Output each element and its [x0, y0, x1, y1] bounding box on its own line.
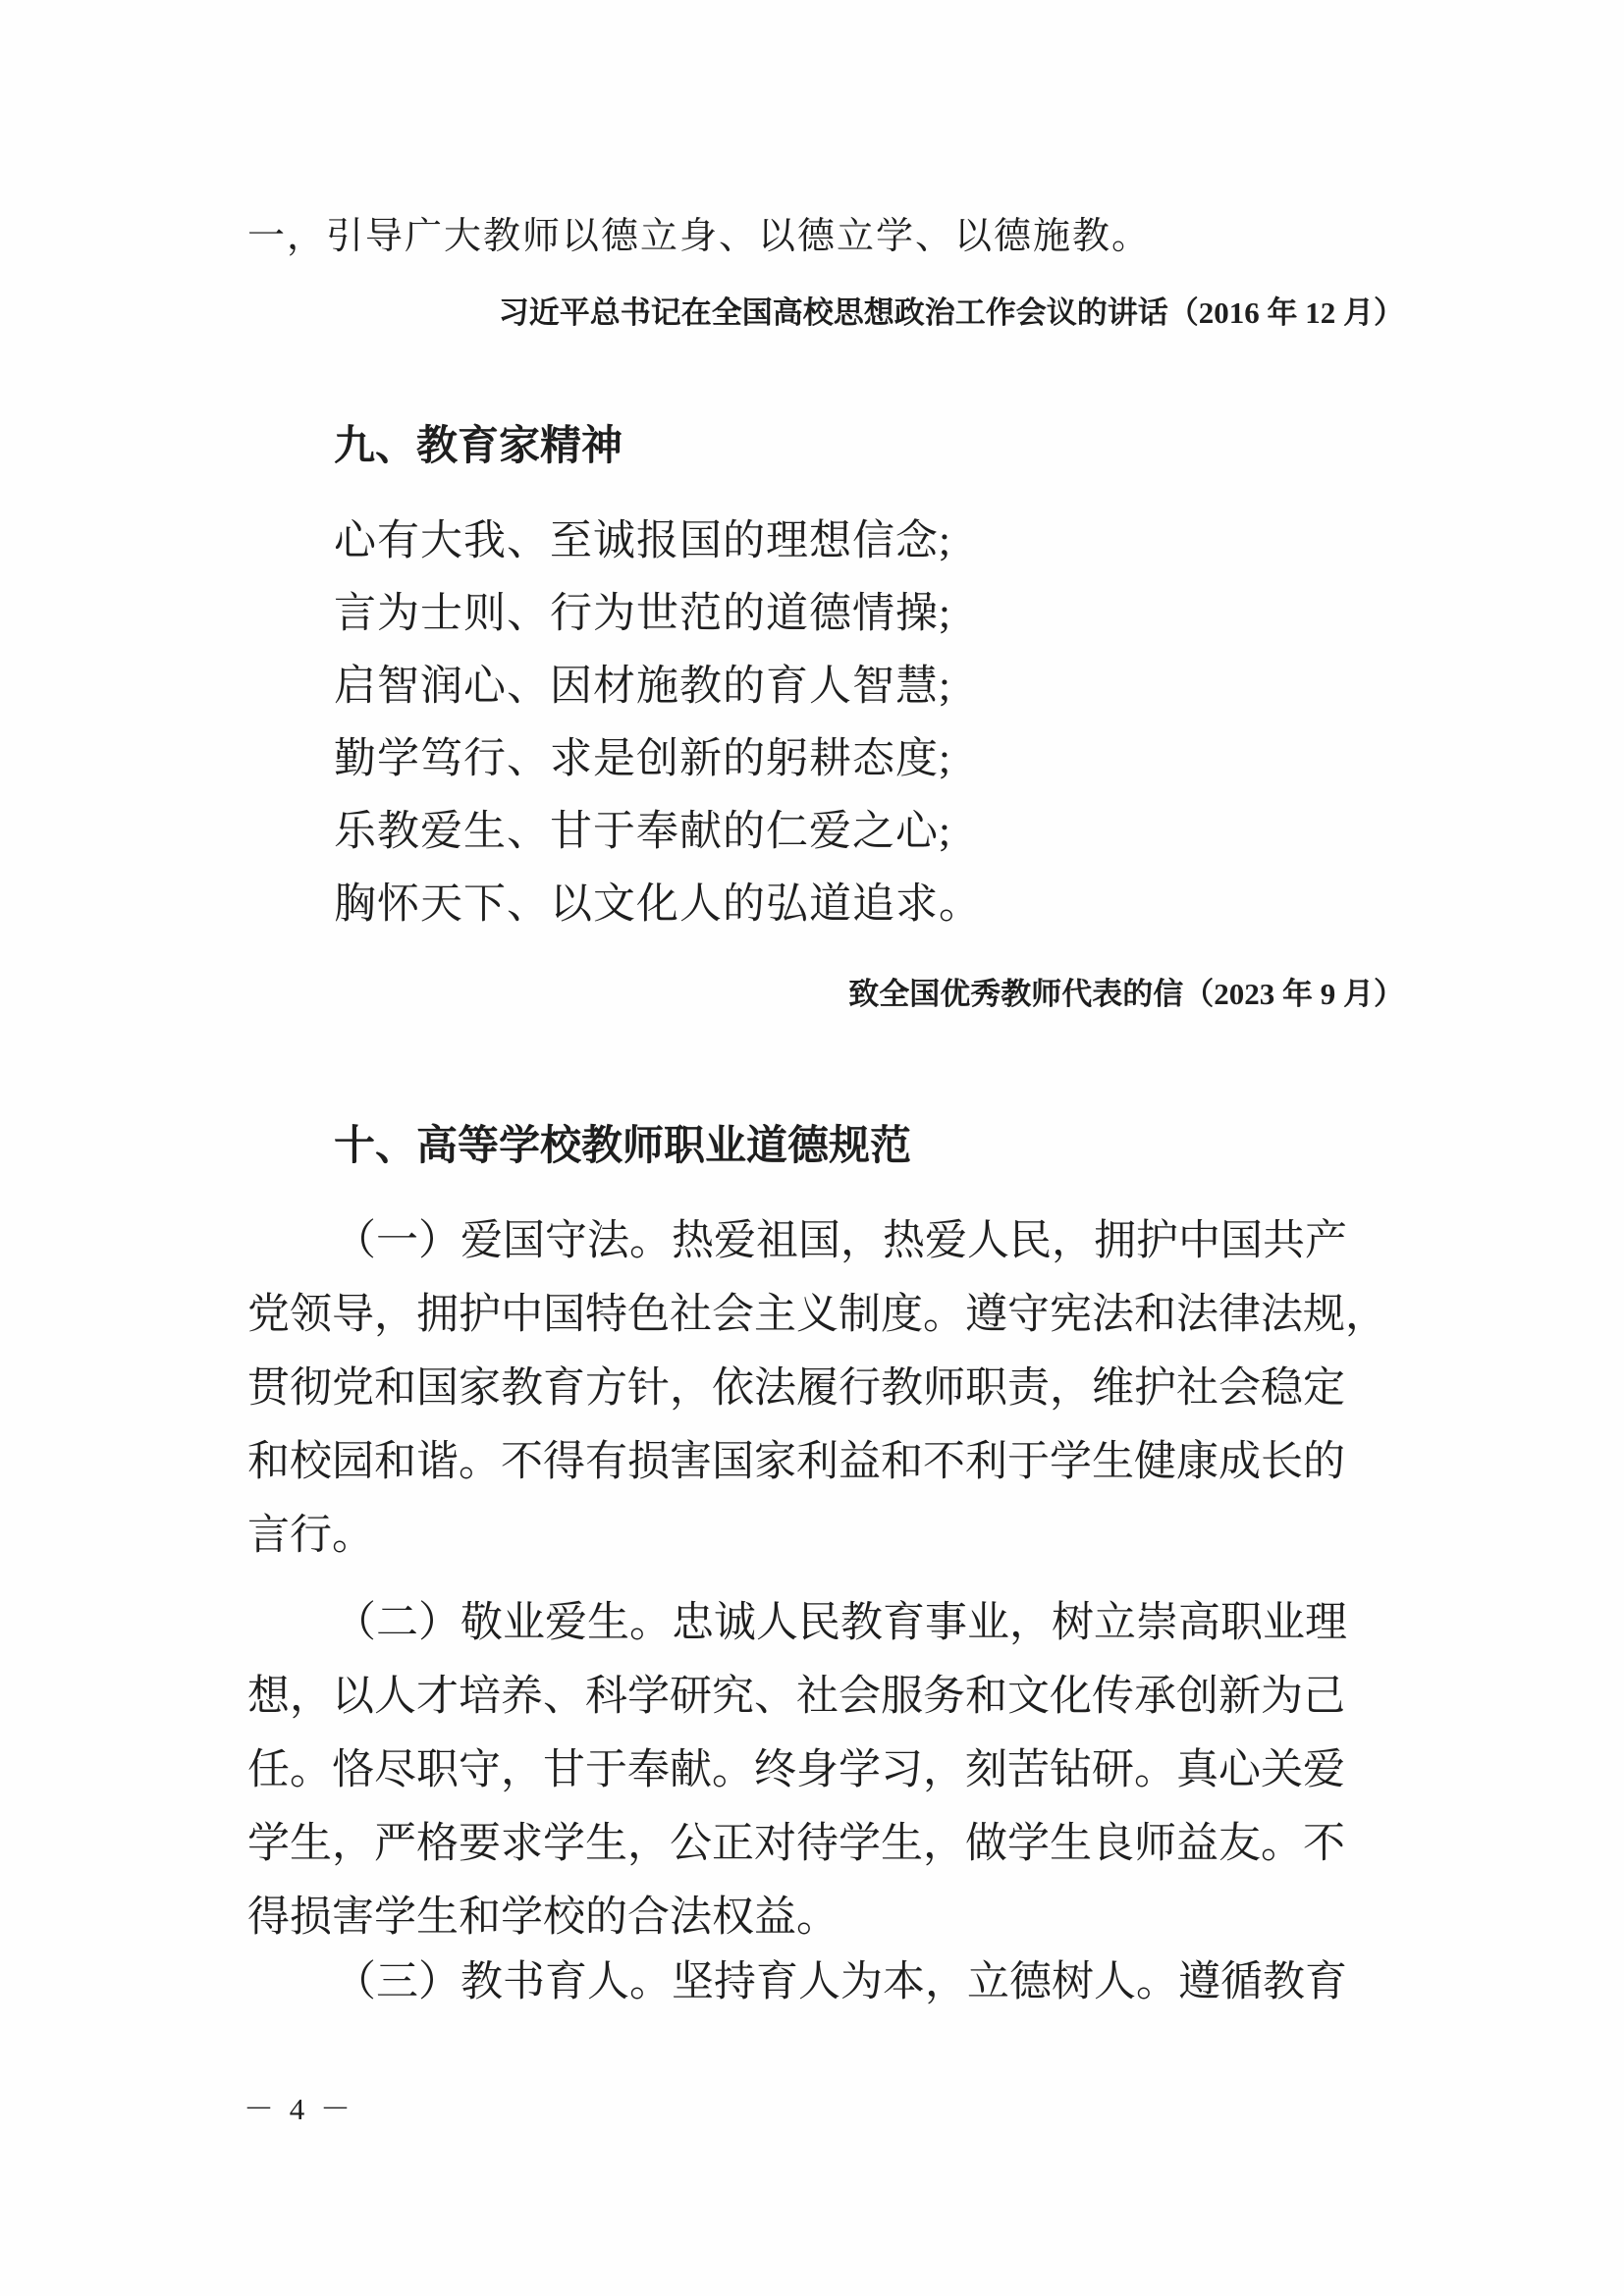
body-line: 党领导，拥护中国特色社会主义制度。遵守宪法和法律法规， — [247, 1294, 1391, 1336]
body-line: 得损害学生和学校的合法权益。 — [247, 1896, 1391, 1939]
paragraph-aiguo-shoufa: （一）爱国守法。热爱祖国，热爱人民，拥护中国共产 党领导，拥护中国特色社会主义制… — [247, 1220, 1391, 1588]
body-line: 言行。 — [247, 1515, 1391, 1557]
body-line: 学生，严格要求学生，公正对待学生，做学生良师益友。不 — [247, 1823, 1391, 1865]
attribution-source-2: 致全国优秀教师代表的信（2023 年 9 月） — [247, 979, 1404, 1009]
body-line: 和校园和谐。不得有损害国家利益和不利于学生健康成长的 — [247, 1441, 1391, 1483]
body-line: （三）教书育人。坚持育人为本，立德树人。遵循教育 — [247, 1961, 1391, 2003]
educator-spirit-quote-block: 心有大我、至诚报国的理想信念; 言为士则、行为世范的道德情操; 启智润心、因材施… — [334, 520, 982, 956]
body-line: 任。恪尽职守，甘于奉献。终身学习，刻苦钻研。真心关爱 — [247, 1749, 1391, 1791]
paragraph-jingye-aisheng: （二）敬业爱生。忠诚人民教育事业，树立崇高职业理 想，以人才培养、科学研究、社会… — [247, 1602, 1391, 1970]
section-heading-nine: 九、教育家精神 — [334, 425, 623, 466]
quote-line: 心有大我、至诚报国的理想信念; — [334, 520, 982, 562]
attribution-source-1: 习近平总书记在全国高校思想政治工作会议的讲话（2016 年 12 月） — [247, 297, 1404, 328]
body-line: 想，以人才培养、科学研究、社会服务和文化传承创新为己 — [247, 1676, 1391, 1718]
section-heading-ten: 十、高等学校教师职业道德规范 — [334, 1125, 911, 1166]
body-line: （一）爱国守法。热爱祖国，热爱人民，拥护中国共产 — [247, 1220, 1391, 1262]
paragraph-jiaoshu-yuren: （三）教书育人。坚持育人为本，立德树人。遵循教育 — [247, 1961, 1391, 2035]
quote-line: 勤学笃行、求是创新的躬耕态度; — [334, 738, 982, 780]
body-line: （二）敬业爱生。忠诚人民教育事业，树立崇高职业理 — [247, 1602, 1391, 1644]
intro-quote-line: 一，引导广大教师以德立身、以德立学、以德施教。 — [247, 218, 1151, 255]
quote-line: 胸怀天下、以文化人的弘道追求。 — [334, 883, 982, 926]
page-number: － 4 － — [244, 2094, 354, 2124]
document-page: 一，引导广大教师以德立身、以德立学、以德施教。 习近平总书记在全国高校思想政治工… — [0, 0, 1624, 2296]
body-line: 贯彻党和国家教育方针，依法履行教师职责，维护社会稳定 — [247, 1367, 1391, 1410]
quote-line: 启智润心、因材施教的育人智慧; — [334, 666, 982, 708]
quote-line: 言为士则、行为世范的道德情操; — [334, 593, 982, 635]
quote-line: 乐教爱生、甘于奉献的仁爱之心; — [334, 811, 982, 853]
